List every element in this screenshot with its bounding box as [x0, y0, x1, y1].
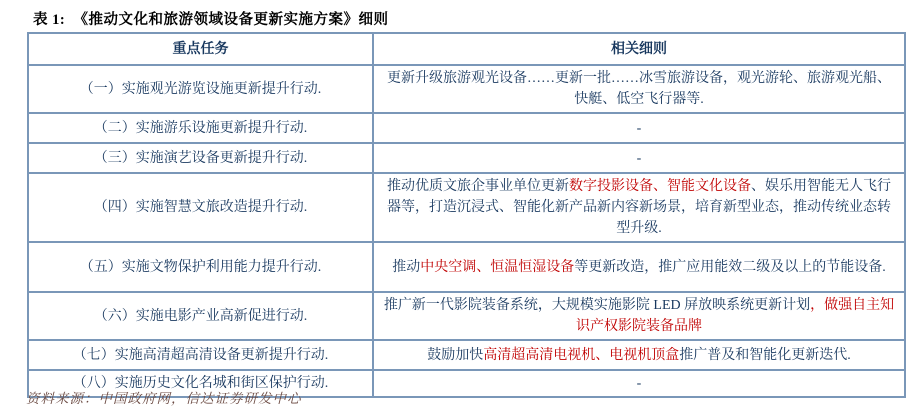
detail-text: -	[637, 151, 642, 166]
source-note: 资料来源：中国政府网，信达证券研发中心	[26, 387, 302, 407]
detail-cell: 推广新一代影院装备系统，大规模实施影院 LED 屏放映系统更新计划，做强自主知识…	[374, 293, 904, 339]
detail-text-highlight: 中央空调、恒温恒湿设备	[420, 260, 574, 275]
detail-text: 推广普及和智能化更新迭代.	[679, 348, 851, 363]
detail-text-wrap: 推动优质文旅企事业单位更新数字投影设备、智能文化设备、娱乐用智能无人飞行器等，打…	[382, 176, 896, 239]
task-cell: （五）实施文物保护利用能力提升行动.	[29, 243, 374, 291]
table-row: （二）实施游乐设施更新提升行动. -	[29, 112, 904, 142]
detail-cell: 推动优质文旅企事业单位更新数字投影设备、智能文化设备、娱乐用智能无人飞行器等，打…	[374, 174, 904, 241]
detail-text: 推广新一代影院装备系统，大规模实施影院 LED 屏放映系统更新计划	[384, 298, 810, 313]
detail-text-wrap: 推动中央空调、恒温恒湿设备等更新改造，推广应用能效二级及以上的节能设备.	[392, 257, 886, 278]
detail-cell: -	[374, 114, 904, 142]
detail-text-wrap: 鼓励加快高清超高清电视机、电视机顶盒推广普及和智能化更新迭代.	[427, 345, 851, 366]
table-row: （五）实施文物保护利用能力提升行动. 推动中央空调、恒温恒湿设备等更新改造，推广…	[29, 241, 904, 291]
detail-text-wrap: 推广新一代影院装备系统，大规模实施影院 LED 屏放映系统更新计划，做强自主知识…	[382, 295, 896, 337]
table-row: （一）实施观光游览设施更新提升行动. 更新升级旅游观光设备……更新一批……冰雪旅…	[29, 64, 904, 112]
table-row: （六）实施电影产业高新促进行动. 推广新一代影院装备系统，大规模实施影院 LED…	[29, 291, 904, 339]
rules-table: 重点任务 相关细则 （一）实施观光游览设施更新提升行动. 更新升级旅游观光设备……	[27, 32, 906, 398]
detail-text: 推动	[392, 260, 420, 275]
detail-cell: 推动中央空调、恒温恒湿设备等更新改造，推广应用能效二级及以上的节能设备.	[374, 243, 904, 291]
detail-text-wrap: -	[637, 373, 642, 394]
detail-text: -	[637, 121, 642, 136]
task-cell: （七）实施高清超高清设备更新提升行动.	[29, 341, 374, 369]
detail-text-wrap: -	[637, 118, 642, 139]
detail-text: 鼓励加快	[427, 348, 483, 363]
table-row: （四）实施智慧文旅改造提升行动. 推动优质文旅企事业单位更新数字投影设备、智能文…	[29, 172, 904, 241]
detail-text-highlight: 高清超高清电视机、电视机顶盒	[483, 348, 679, 363]
detail-text: -	[637, 376, 642, 391]
detail-text-wrap: -	[637, 148, 642, 169]
table-row: （三）实施演艺设备更新提升行动. -	[29, 142, 904, 172]
task-cell: （四）实施智慧文旅改造提升行动.	[29, 174, 374, 241]
detail-cell: 更新升级旅游观光设备……更新一批……冰雪旅游设备，观光游轮、旅游观光船、快艇、低…	[374, 66, 904, 112]
detail-text-highlight: 数字投影设备、智能文化设备	[569, 179, 751, 194]
detail-cell: -	[374, 144, 904, 172]
task-cell: （一）实施观光游览设施更新提升行动.	[29, 66, 374, 112]
detail-text-wrap: 更新升级旅游观光设备……更新一批……冰雪旅游设备，观光游轮、旅游观光船、快艇、低…	[382, 68, 896, 110]
detail-text: 更新升级旅游观光设备……更新一批……冰雪旅游设备，观光游轮、旅游观光船、快艇、低…	[387, 71, 891, 107]
table-row: （七）实施高清超高清设备更新提升行动. 鼓励加快高清超高清电视机、电视机顶盒推广…	[29, 339, 904, 369]
detail-cell: -	[374, 371, 904, 396]
detail-cell: 鼓励加快高清超高清电视机、电视机顶盒推广普及和智能化更新迭代.	[374, 341, 904, 369]
header-related-rules: 相关细则	[374, 34, 904, 64]
table-title: 表 1: 《推动文化和旅游领域设备更新实施方案》细则	[33, 8, 388, 29]
detail-text: 推动优质文旅企事业单位更新	[387, 179, 569, 194]
task-cell: （六）实施电影产业高新促进行动.	[29, 293, 374, 339]
detail-text: 等更新改造，推广应用能效二级及以上的节能设备.	[574, 260, 886, 275]
header-key-tasks: 重点任务	[29, 34, 374, 64]
task-cell: （三）实施演艺设备更新提升行动.	[29, 144, 374, 172]
task-cell: （二）实施游乐设施更新提升行动.	[29, 114, 374, 142]
table-header-row: 重点任务 相关细则	[29, 34, 904, 64]
